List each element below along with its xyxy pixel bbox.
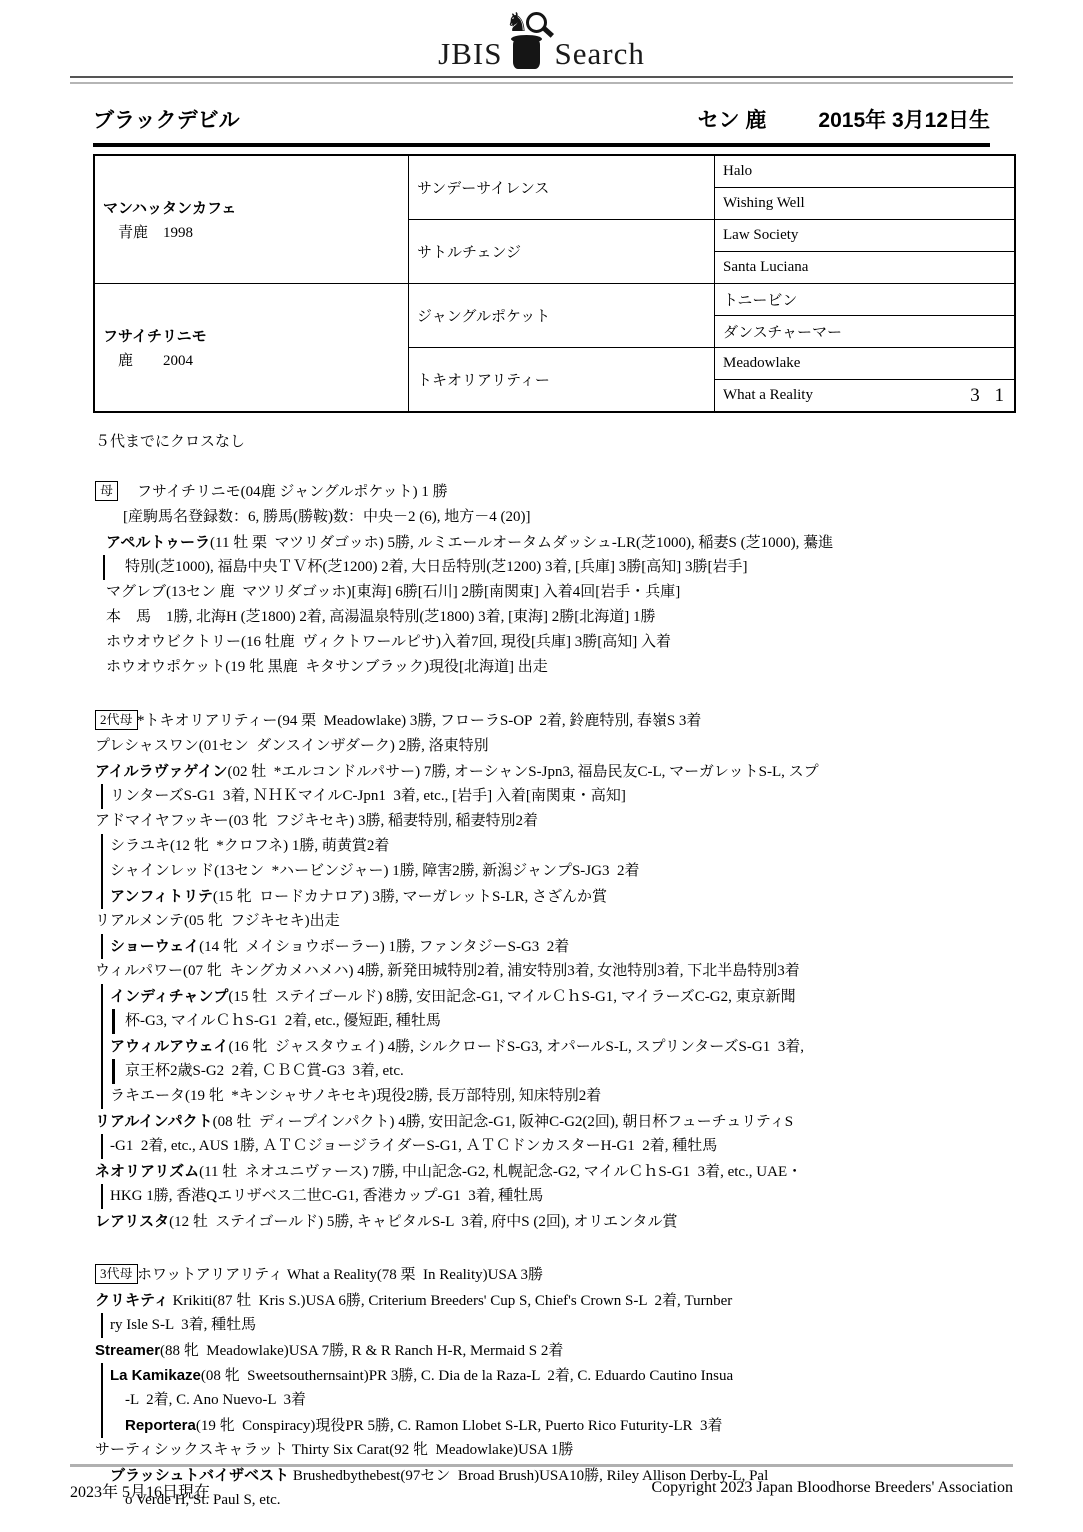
pedigree-line: [産駒馬名登録数：6, 勝馬(勝鞍)数：中央－2 (6), 地方－4 (20)] [95, 505, 1000, 530]
inbreeding-note: ５代までにクロスなし [95, 430, 1083, 451]
ancestor-cell: ジャングルポケット [409, 284, 715, 348]
dam-coat-year: 鹿 2004 [103, 349, 408, 370]
pedigree-line: アンフィトリテ(15 牝 ロードカナロア) 3勝, マーガレットS-LR, さざ… [95, 884, 1000, 909]
ancestor-cell: Law Society [715, 220, 1016, 252]
ancestor-cell: Meadowlake [715, 348, 1016, 380]
logo-text-jbis: JBIS [438, 36, 502, 72]
horse-title-row: ブラックデビル セン 鹿 2015年 3月12日生 [93, 104, 990, 147]
sire-name: マンハッタンカフェ [103, 197, 408, 218]
pedigree-line: 杯-G3, マイルＣｈS-G1 2着, etc., 優短距, 種牡馬 [95, 1009, 1000, 1034]
pedigree-table: マンハッタンカフェ 青鹿 1998 サンデーサイレンス Halo Wishing… [93, 154, 1016, 413]
pedigree-line: ラキエータ(19 牝 *キンシャサノキセキ)現役2勝, 長万部特別, 知床特別2… [95, 1084, 1000, 1109]
tree-branch-bar [101, 1413, 103, 1438]
pedigree-report-page: JBIS ♞ Search ブラックデビル セン 鹿 2015年 3月12日生 … [0, 0, 1083, 1532]
pedigree-line: インディチャンプ(15 牡 ステイゴールド) 8勝, 安田記念-G1, マイルＣ… [95, 984, 1000, 1009]
tree-branch-bar [101, 834, 103, 859]
tree-branch-bar [101, 1084, 103, 1109]
tree-branch-bar [101, 1313, 103, 1338]
sire-cell: マンハッタンカフェ 青鹿 1998 [94, 155, 409, 284]
pedigree-line: 特別(芝1000), 福島中央ＴＶ杯(芝1200) 2着, 大日岳特別(芝120… [95, 555, 1000, 580]
horse-sex-coat: セン 鹿 [698, 104, 767, 134]
jbis-search-logo: JBIS ♞ Search [0, 0, 1083, 72]
pedigree-text: 母フサイチリニモ(04鹿 ジャングルポケット) 1 勝[産駒馬名登録数：6, 勝… [95, 480, 1000, 1513]
section-label: 母 [95, 481, 118, 501]
horse-name: ブラックデビル [93, 104, 240, 134]
pedigree-line: ネオリアリズム(11 牡 ネオユニヴァース) 7勝, 中山記念-G2, 札幌記念… [95, 1159, 1000, 1184]
dam-line-section-2: 2代母*トキオリアリティー(94 栗 Meadowlake) 3勝, フローラS… [95, 709, 1000, 1234]
tree-branch-bar [101, 884, 103, 909]
section-heading: 2代母*トキオリアリティー(94 栗 Meadowlake) 3勝, フローラS… [95, 709, 1000, 734]
pedigree-line: レアリスタ(12 牡 ステイゴールド) 5勝, キャピタルS-L 3着, 府中S… [95, 1209, 1000, 1234]
pedigree-line: ショーウェイ(14 牝 メイショウボーラー) 1勝, ファンタジーS-G3 2着 [95, 934, 1000, 959]
pedigree-line: 京王杯2歳S-G2 2着, ＣＢＣ賞-G3 3着, etc. [95, 1059, 1000, 1084]
jbis-logo-icon: ♞ [504, 14, 552, 72]
pedigree-line: Streamer(88 牝 Meadowlake)USA 7勝, R & R R… [95, 1338, 1000, 1363]
pedigree-line: プレシャスワン(01セン ダンスインザダーク) 2勝, 洛東特別 [95, 734, 1000, 759]
ancestor-cell: Wishing Well [715, 188, 1016, 220]
pedigree-line: HKG 1勝, 香港Qエリザベス二世C-G1, 香港カップ-G1 3着, 種牡馬 [95, 1184, 1000, 1209]
tree-branch-bar [101, 934, 103, 959]
tree-branch-bar [101, 1363, 103, 1388]
pedigree-line: シラユキ(12 牝 *クロフネ) 1勝, 萌黄賞2着 [95, 834, 1000, 859]
tree-branch-bar [101, 1034, 103, 1059]
pedigree-line: La Kamikaze(08 牝 Sweetsouthernsaint)PR 3… [95, 1363, 1000, 1388]
pedigree-line: アイルラヴァゲイン(02 牡 *エルコンドルパサー) 7勝, オーシャンS-Jp… [95, 759, 1000, 784]
horse-icon: ♞ [505, 8, 528, 38]
pedigree-line: リンターズS-G1 3着, ＮＨＫマイルC-Jpn1 3着, etc., [岩手… [95, 784, 1000, 809]
pedigree-line: ウィルパワー(07 牝 キングカメハメハ) 4勝, 新発田城特別2着, 浦安特別… [95, 959, 1000, 984]
pedigree-line: 本 馬 1勝, 北海H (芝1800) 2着, 高湯温泉特別(芝1800) 3着… [95, 605, 1000, 630]
footer-divider [70, 1464, 1013, 1467]
tree-branch-bar [103, 555, 105, 580]
tree-branch-bar [101, 1009, 103, 1034]
footer-copyright: Copyright 2023 Japan Bloodhorse Breeders… [652, 1479, 1014, 1502]
pedigree-line: ホウオウポケット(19 牝 黒鹿 キタサンブラック)現役[北海道] 出走 [95, 655, 1000, 680]
tree-branch-bar [101, 859, 103, 884]
logo-text-search: Search [554, 36, 644, 72]
tree-branch-bar [101, 1059, 103, 1084]
ancestor-name: What a Reality [723, 387, 813, 404]
dam-line-section-1: 母フサイチリニモ(04鹿 ジャングルポケット) 1 勝[産駒馬名登録数：6, 勝… [95, 480, 1000, 680]
ancestor-cell: サトルチェンジ [409, 220, 715, 284]
tree-branch-bar [101, 1134, 103, 1159]
pedigree-line: ry Isle S-L 3着, 種牡馬 [95, 1313, 1000, 1338]
tree-branch-bar [101, 1388, 103, 1413]
pedigree-line: リアルメンテ(05 牝 フジキセキ)出走 [95, 909, 1000, 934]
section-heading: 母フサイチリニモ(04鹿 ジャングルポケット) 1 勝 [95, 480, 1000, 505]
page-number: 3 1 [970, 385, 1009, 407]
horse-birthdate: 2015年 3月12日生 [818, 104, 990, 134]
tree-branch-bar [112, 1059, 115, 1084]
ancestor-cell: Santa Luciana [715, 252, 1016, 284]
footer: 2023年 5月16日現在 Copyright 2023 Japan Blood… [70, 1479, 1013, 1502]
section-label: 2代母 [95, 710, 138, 730]
pedigree-line: Reportera(19 牝 Conspiracy)現役PR 5勝, C. Ra… [95, 1413, 1000, 1438]
tree-branch-bar [101, 784, 103, 809]
header-divider [70, 76, 1013, 84]
pedigree-line: シャインレッド(13セン *ハービンジャー) 1勝, 障害2勝, 新潟ジャンプS… [95, 859, 1000, 884]
pedigree-line: -L 2着, C. Ano Nuevo-L 3着 [95, 1388, 1000, 1413]
pedigree-line: アドマイヤフッキー(03 牝 フジキセキ) 3勝, 稲妻特別, 稲妻特別2着 [95, 809, 1000, 834]
pedigree-line: -G1 2着, etc., AUS 1勝, ＡＴＣジョージライダーS-G1, Ａ… [95, 1134, 1000, 1159]
ancestor-cell: ダンスチャーマー [715, 316, 1016, 348]
pedigree-line: ホウオウビクトリー(16 牡鹿 ヴィクトワールピサ)入着7回, 現役[兵庫] 3… [95, 630, 1000, 655]
pedigree-line: アウィルアウェイ(16 牝 ジャスタウェイ) 4勝, シルクロードS-G3, オ… [95, 1034, 1000, 1059]
ancestor-cell: サンデーサイレンス [409, 155, 715, 220]
sire-coat-year: 青鹿 1998 [103, 221, 408, 242]
pedigree-line: マグレブ(13セン 鹿 マツリダゴッホ)[東海] 6勝[石川] 2勝[南関東] … [95, 580, 1000, 605]
tree-branch-bar [101, 984, 103, 1009]
pedigree-line: リアルインパクト(08 牡 ディープインパクト) 4勝, 安田記念-G1, 阪神… [95, 1109, 1000, 1134]
ancestor-cell: トニービン [715, 284, 1016, 316]
dam-cell: フサイチリニモ 鹿 2004 [94, 284, 409, 413]
pedigree-line: クリキティ Krikiti(87 牡 Kris S.)USA 6勝, Crite… [95, 1288, 1000, 1313]
pedigree-line: アペルトゥーラ(11 牡 栗 マツリダゴッホ) 5勝, ルミエールオータムダッシ… [95, 530, 1000, 555]
section-label: 3代母 [95, 1264, 138, 1284]
pedigree-line: サーティシックスキャラット Thirty Six Carat(92 牝 Mead… [95, 1438, 1000, 1463]
dam-name: フサイチリニモ [103, 325, 408, 346]
dam-line-section-3: 3代母ホワットアリアリティ What a Reality(78 栗 In Rea… [95, 1263, 1000, 1513]
tree-branch-bar [101, 1184, 103, 1209]
tree-branch-bar [112, 1009, 115, 1034]
section-heading: 3代母ホワットアリアリティ What a Reality(78 栗 In Rea… [95, 1263, 1000, 1288]
ancestor-cell: トキオリアリティー [409, 348, 715, 413]
footer-as-of-date: 2023年 5月16日現在 [70, 1479, 210, 1502]
ancestor-cell: What a Reality 3 1 [715, 380, 1016, 413]
trophy-bucket-icon [513, 38, 540, 69]
ancestor-cell: Halo [715, 155, 1016, 188]
